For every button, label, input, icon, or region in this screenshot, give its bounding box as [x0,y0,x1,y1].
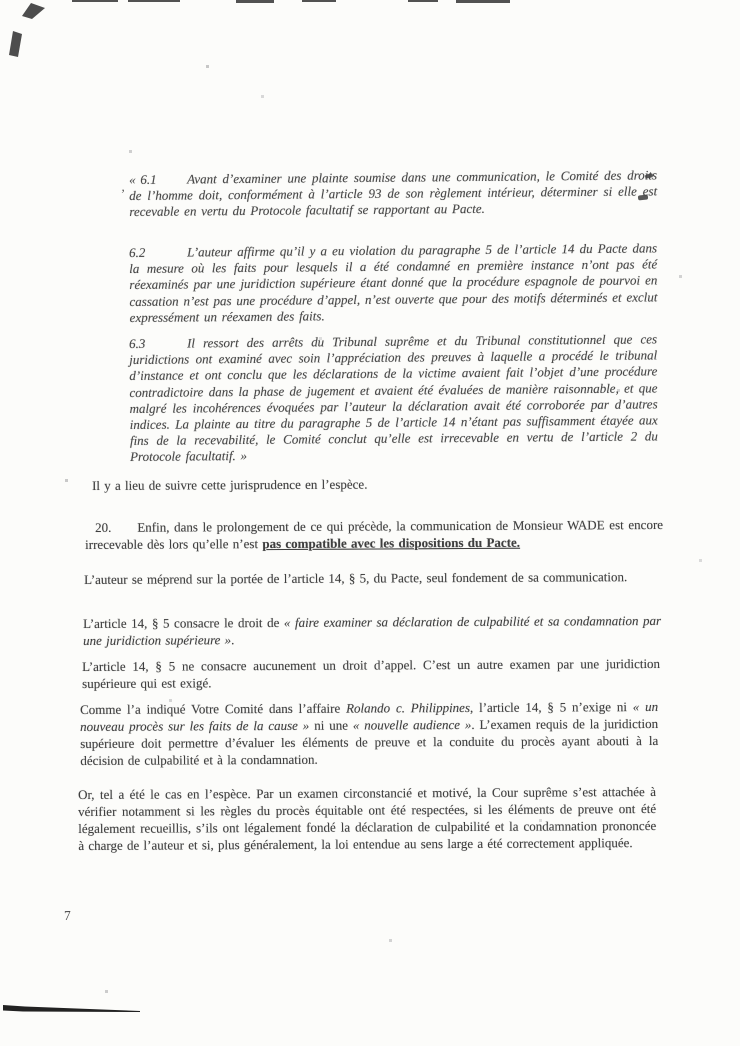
scan-top-edge-dash [128,0,180,2]
scan-top-edge-dash [236,0,274,3]
quote-para-6-1: « 6.1Avant d’examiner une plainte soumis… [129,167,657,220]
quote-para-6-3: 6.3Il ressort des arrêts du Tribunal sup… [129,331,658,465]
quote-para-number: « 6.1 [129,171,187,188]
scan-corner-mark [6,31,24,58]
scan-speckles [0,0,1,1]
scan-top-edge-dash [408,0,438,2]
page-number: 7 [64,908,71,924]
paragraph-or-espece: Or, tel a été le cas en l’espèce. Par un… [78,783,656,854]
paragraph-meprend: L’auteur se méprend sur la portée de l’a… [84,568,662,588]
quote-para-6-2: 6.2L’auteur affirme qu’il y a eu violati… [129,240,658,326]
scan-bottom-streak [3,1002,145,1015]
paragraph-jurisprudence: Il y a lieu de suivre cette jurisprudenc… [92,474,670,494]
scan-top-edge-dash [72,0,118,2]
scan-top-edge-dash [302,0,336,2]
scan-top-edge-dash [456,0,510,3]
quote-para-number: 6.3 [129,335,187,352]
quote-para-number: 6.2 [129,244,187,261]
scan-stray-quote-mark: ’ [120,186,124,202]
quote-para-text: L’auteur affirme qu’il y a eu violation … [129,240,657,324]
paragraph-droit-appel: L’article 14, § 5 ne consacre aucunement… [82,655,660,692]
paragraph-20: 20.Enfin, dans le prolongement de ce qui… [85,516,663,553]
paragraph-article14-consacre: L’article 14, § 5 consacre le droit de «… [83,612,661,649]
scan-corner-mark [22,3,46,20]
quote-para-text: Il ressort des arrêts du Tribunal suprêm… [129,331,658,464]
scanned-document-page: ’ « 6.1Avant d’examiner une plainte soum… [0,0,740,1046]
paragraph-rolando-philippines: Comme l’a indiqué Votre Comité dans l’af… [80,698,658,769]
quote-para-text: Avant d’examiner une plainte soumise dan… [129,167,657,219]
